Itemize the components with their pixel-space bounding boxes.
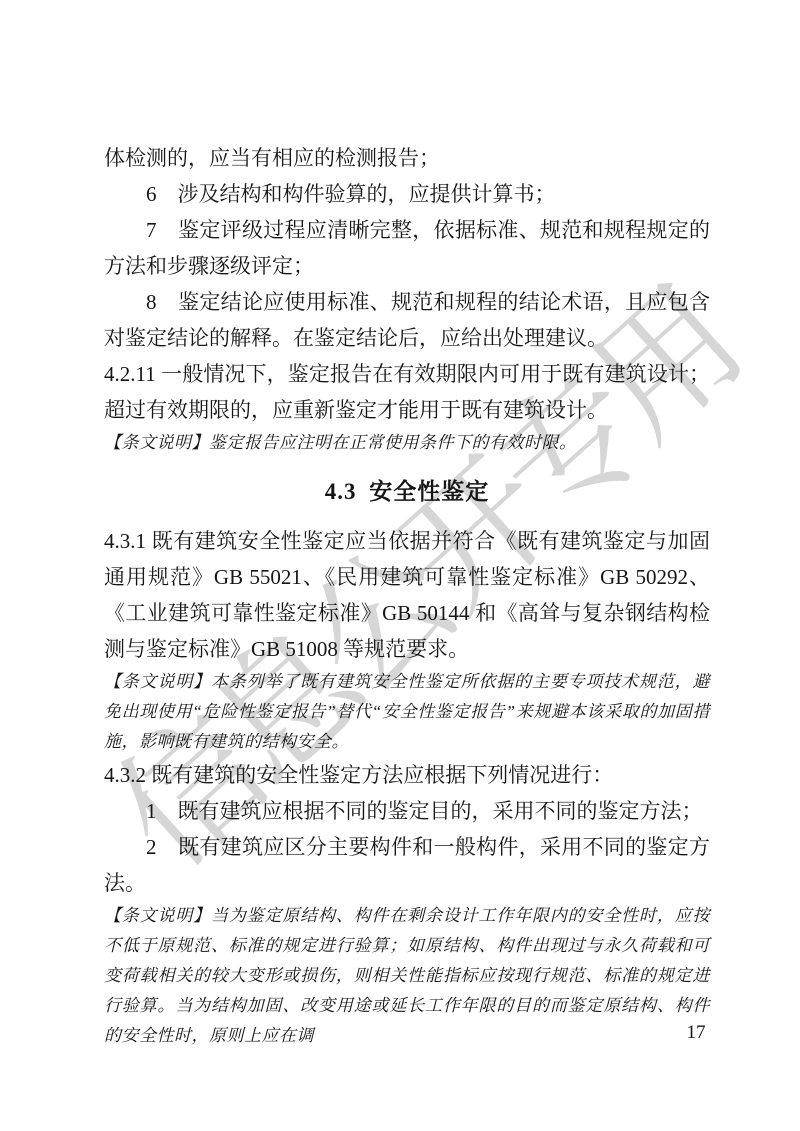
- clause-4-2-11: 4.2.11 一般情况下，鉴定报告在有效期限内可用于既有建筑设计；超过有效期限的…: [104, 356, 710, 428]
- numbered-item-1: 1 既有建筑应根据不同的鉴定目的，采用不同的鉴定方法；: [104, 793, 710, 829]
- numbered-item-8: 8 鉴定结论应使用标准、规范和规程的结论术语，且应包含对鉴定结论的解释。在鉴定结…: [104, 284, 710, 356]
- document-body: 体检测的，应当有相应的检测报告； 6 涉及结构和构件验算的，应提供计算书； 7 …: [104, 140, 710, 1051]
- numbered-item-2: 2 既有建筑应区分主要构件和一般构件，采用不同的鉴定方法。: [104, 829, 710, 901]
- section-title: 安全性鉴定: [369, 479, 489, 504]
- commentary-note-4-3-1: 【条文说明】本条列举了既有建筑安全性鉴定所依据的主要专项技术规范，避免出现使用“…: [104, 667, 710, 757]
- paragraph-continuation: 体检测的，应当有相应的检测报告；: [104, 140, 710, 176]
- clause-4-3-1: 4.3.1 既有建筑安全性鉴定应当依据并符合《既有建筑鉴定与加固通用规范》GB …: [104, 523, 710, 667]
- numbered-item-6: 6 涉及结构和构件验算的，应提供计算书；: [104, 176, 710, 212]
- commentary-note-4-2-11: 【条文说明】鉴定报告应注明在正常使用条件下的有效时限。: [104, 428, 710, 458]
- section-number: 4.3: [325, 479, 357, 504]
- commentary-note-4-3-2: 【条文说明】当为鉴定原结构、构件在剩余设计工作年限内的安全性时，应按不低于原规范…: [104, 901, 710, 1051]
- section-heading: 4.3安全性鉴定: [104, 476, 710, 508]
- page-number: 17: [676, 1022, 716, 1044]
- clause-4-3-2: 4.3.2 既有建筑的安全性鉴定方法应根据下列情况进行：: [104, 757, 710, 793]
- document-page: 信息公开专用 体检测的，应当有相应的检测报告； 6 涉及结构和构件验算的，应提供…: [0, 0, 800, 1131]
- numbered-item-7: 7 鉴定评级过程应清晰完整，依据标准、规范和规程规定的方法和步骤逐级评定；: [104, 212, 710, 284]
